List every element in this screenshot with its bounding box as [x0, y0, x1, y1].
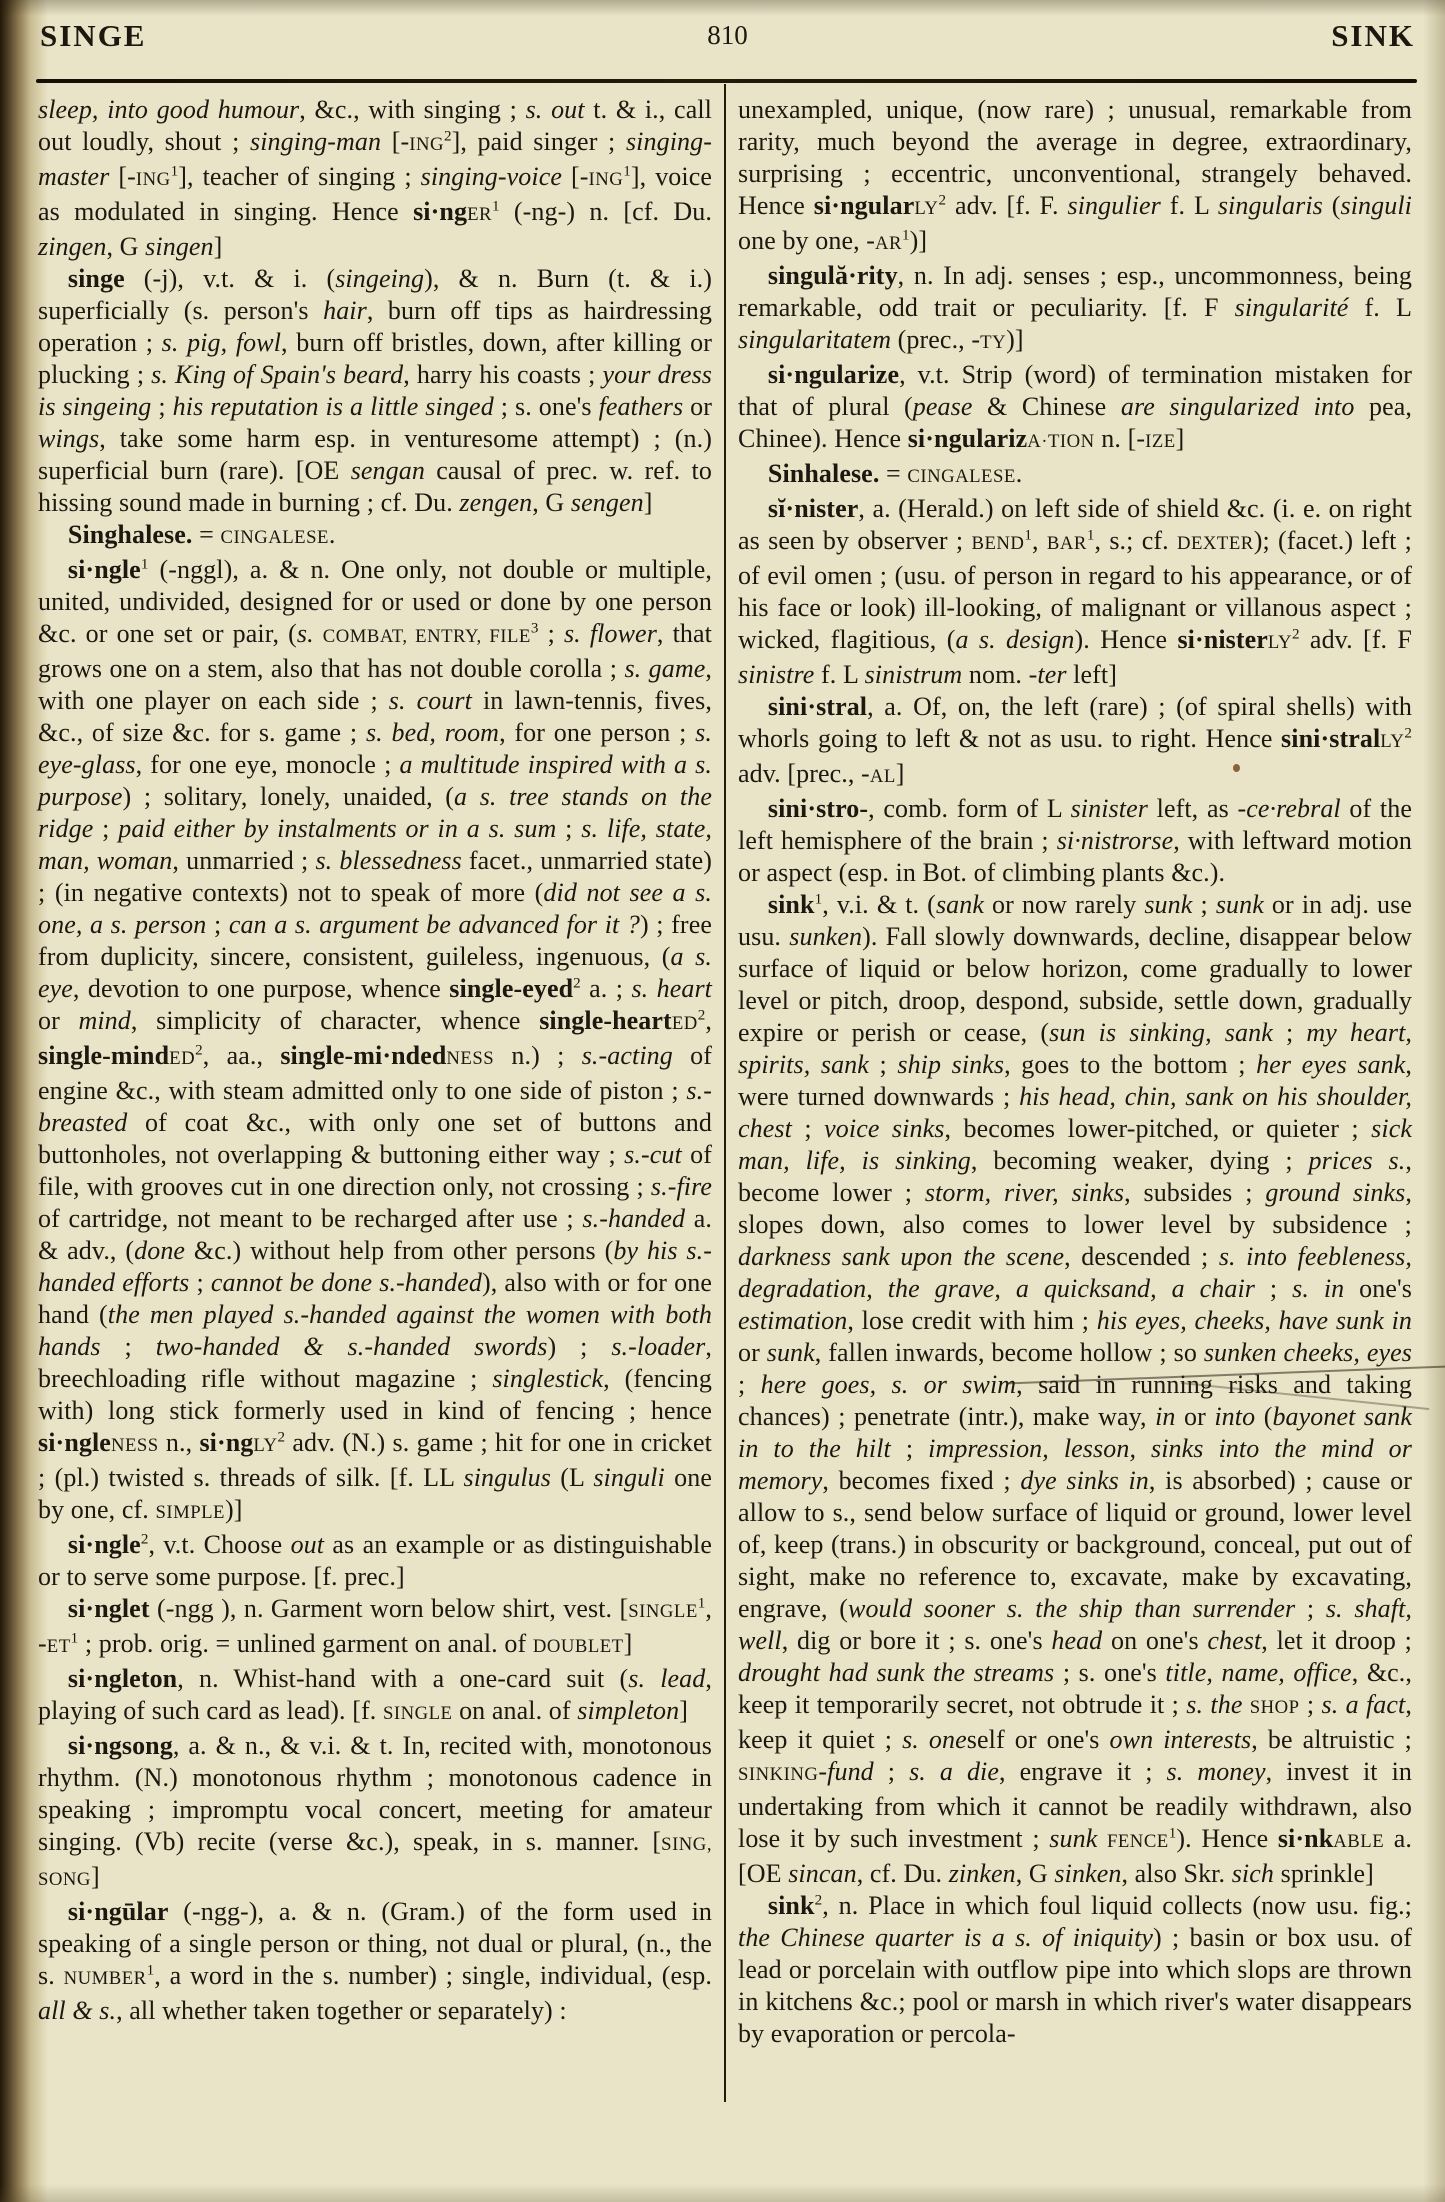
text-block: sleep, into good humour, &c., with singi…: [38, 94, 1412, 2050]
left-column: sleep, into good humour, &c., with singi…: [38, 94, 712, 2050]
entry-single-2: si·ngle2, v.t. Choose out as an example …: [38, 1529, 712, 1593]
dictionary-page: SINGE 810 SINK sleep, into good humour, …: [0, 0, 1445, 2202]
guide-word-left: SINGE: [40, 18, 146, 54]
entry-sinister: sĭ·nister, a. (Herald.) on left side of …: [738, 493, 1412, 691]
entry-singular: si·ngūlar (-ngg-), a. & n. (Gram.) of th…: [38, 1896, 712, 2027]
running-head: SINGE 810 SINK: [40, 18, 1415, 64]
scan-speck: [1233, 764, 1240, 772]
continuation-sing: sleep, into good humour, &c., with singi…: [38, 94, 712, 263]
header-rule: [36, 79, 1417, 83]
page-edge-shadow-top: [0, 0, 1445, 16]
entry-single-1: si·ngle1 (-nggl), a. & n. One only, not …: [38, 554, 712, 1529]
continuation-singular: unexampled, unique, (now rare) ; unusual…: [738, 94, 1412, 260]
entry-singhalese: Singhalese. = CINGALESE.: [38, 519, 712, 554]
entry-singe: singe (-j), v.t. & i. (singeing), & n. B…: [38, 263, 712, 519]
entry-sinistral: sini·stral, a. Of, on, the left (rare) ;…: [738, 691, 1412, 793]
entry-singlet: si·nglet (-ngg ), n. Garment worn below …: [38, 1593, 712, 1663]
entry-singsong: si·ngsong, a. & n., & v.i. & t. In, reci…: [38, 1730, 712, 1896]
page-number: 810: [707, 20, 748, 51]
entry-singleton: si·ngleton, n. Whist-hand with a one-car…: [38, 1663, 712, 1730]
entry-sinhalese: Sinhalese. = CINGALESE.: [738, 458, 1412, 493]
page-edge-shadow-bottom: [0, 2184, 1445, 2202]
entry-sinistro: sini·stro-, comb. form of L sinister lef…: [738, 793, 1412, 889]
entry-sink-1: sink1, v.i. & t. (sank or now rarely sun…: [738, 889, 1412, 1890]
entry-singularize: si·ngularize, v.t. Strip (word) of termi…: [738, 359, 1412, 458]
guide-word-right: SINK: [1331, 18, 1415, 54]
entry-sink-2: sink2, n. Place in which foul liquid col…: [738, 1890, 1412, 2050]
page-edge-shadow-right: [1423, 0, 1445, 2202]
entry-singularity: singulă·rity, n. In adj. senses ; esp., …: [738, 260, 1412, 359]
right-column: unexampled, unique, (now rare) ; unusual…: [738, 94, 1412, 2050]
